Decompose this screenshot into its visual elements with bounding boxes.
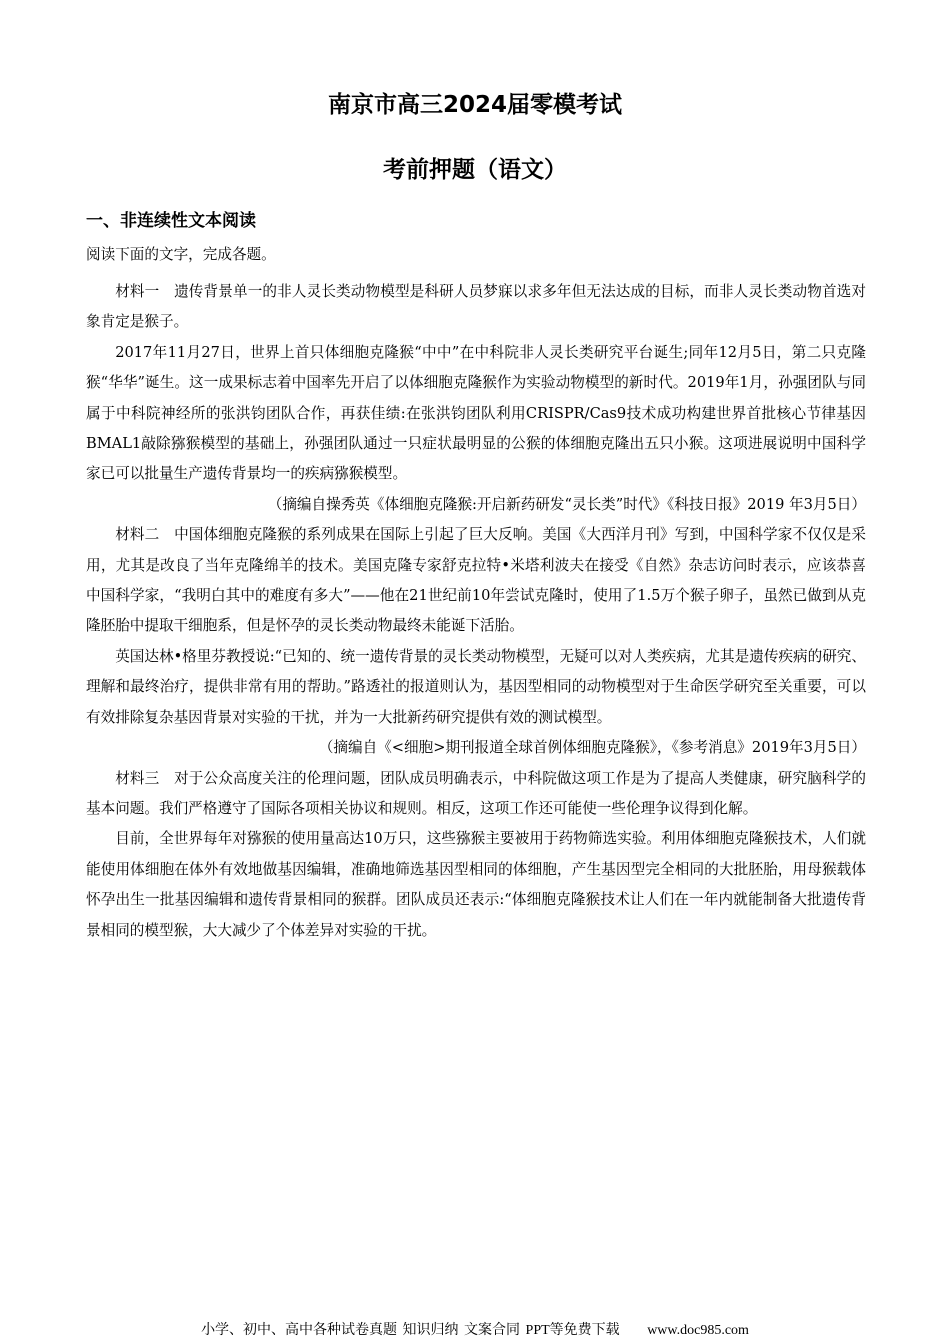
page-footer: 小学、初中、高中各种试卷真题 知识归纳 文案合同 PPT等免费下载 www.do… [0, 1322, 950, 1340]
footer-promo-text: 小学、初中、高中各种试卷真题 知识归纳 文案合同 PPT等免费下载 [201, 1323, 620, 1338]
reading-instruction: 阅读下面的文字，完成各题。 [86, 243, 276, 267]
material-1-source: （摘编自操秀英《体细胞克隆猴:开启新药研发“灵长类”时代》《科技日报》2019 … [86, 490, 866, 520]
document-title: 南京市高三2024届零模考试 [0, 90, 950, 120]
section-heading: 一、非连续性文本阅读 [86, 209, 256, 233]
material-3-intro: 材料三 对于公众高度关注的伦理问题，团队成员明确表示，中科院做这项工作是为了提高… [86, 764, 866, 825]
material-3-body: 目前，全世界每年对猕猴的使用量高达10万只，这些猕猴主要被用于药物筛选实验。利用… [86, 824, 866, 946]
material-1-intro: 材料一 遗传背景单一的非人灵长类动物模型是科研人员梦寐以求多年但无法达成的目标，… [86, 277, 866, 338]
material-2-intro: 材料二 中国体细胞克隆猴的系列成果在国际上引起了巨大反响。美国《大西洋月刊》写到… [86, 520, 866, 642]
material-2-quote: 英国达林•格里芬教授说:“已知的、统一遗传背景的灵长类动物模型，无疑可以对人类疾… [86, 642, 866, 733]
document-page: 南京市高三2024届零模考试 考前押题（语文） 一、非连续性文本阅读 阅读下面的… [0, 0, 950, 1344]
article-body: 材料一 遗传背景单一的非人灵长类动物模型是科研人员梦寐以求多年但无法达成的目标，… [86, 277, 866, 946]
footer-url-link[interactable]: www.doc985.com [647, 1323, 749, 1338]
document-subtitle: 考前押题（语文） [0, 155, 950, 185]
material-2-source: （摘编自《<细胞>期刊报道全球首例体细胞克隆猴》，《参考消息》2019年3月5日… [86, 733, 866, 763]
material-1-body: 2017年11月27日，世界上首只体细胞克隆猴“中中”在中科院非人灵长类研究平台… [86, 338, 866, 490]
